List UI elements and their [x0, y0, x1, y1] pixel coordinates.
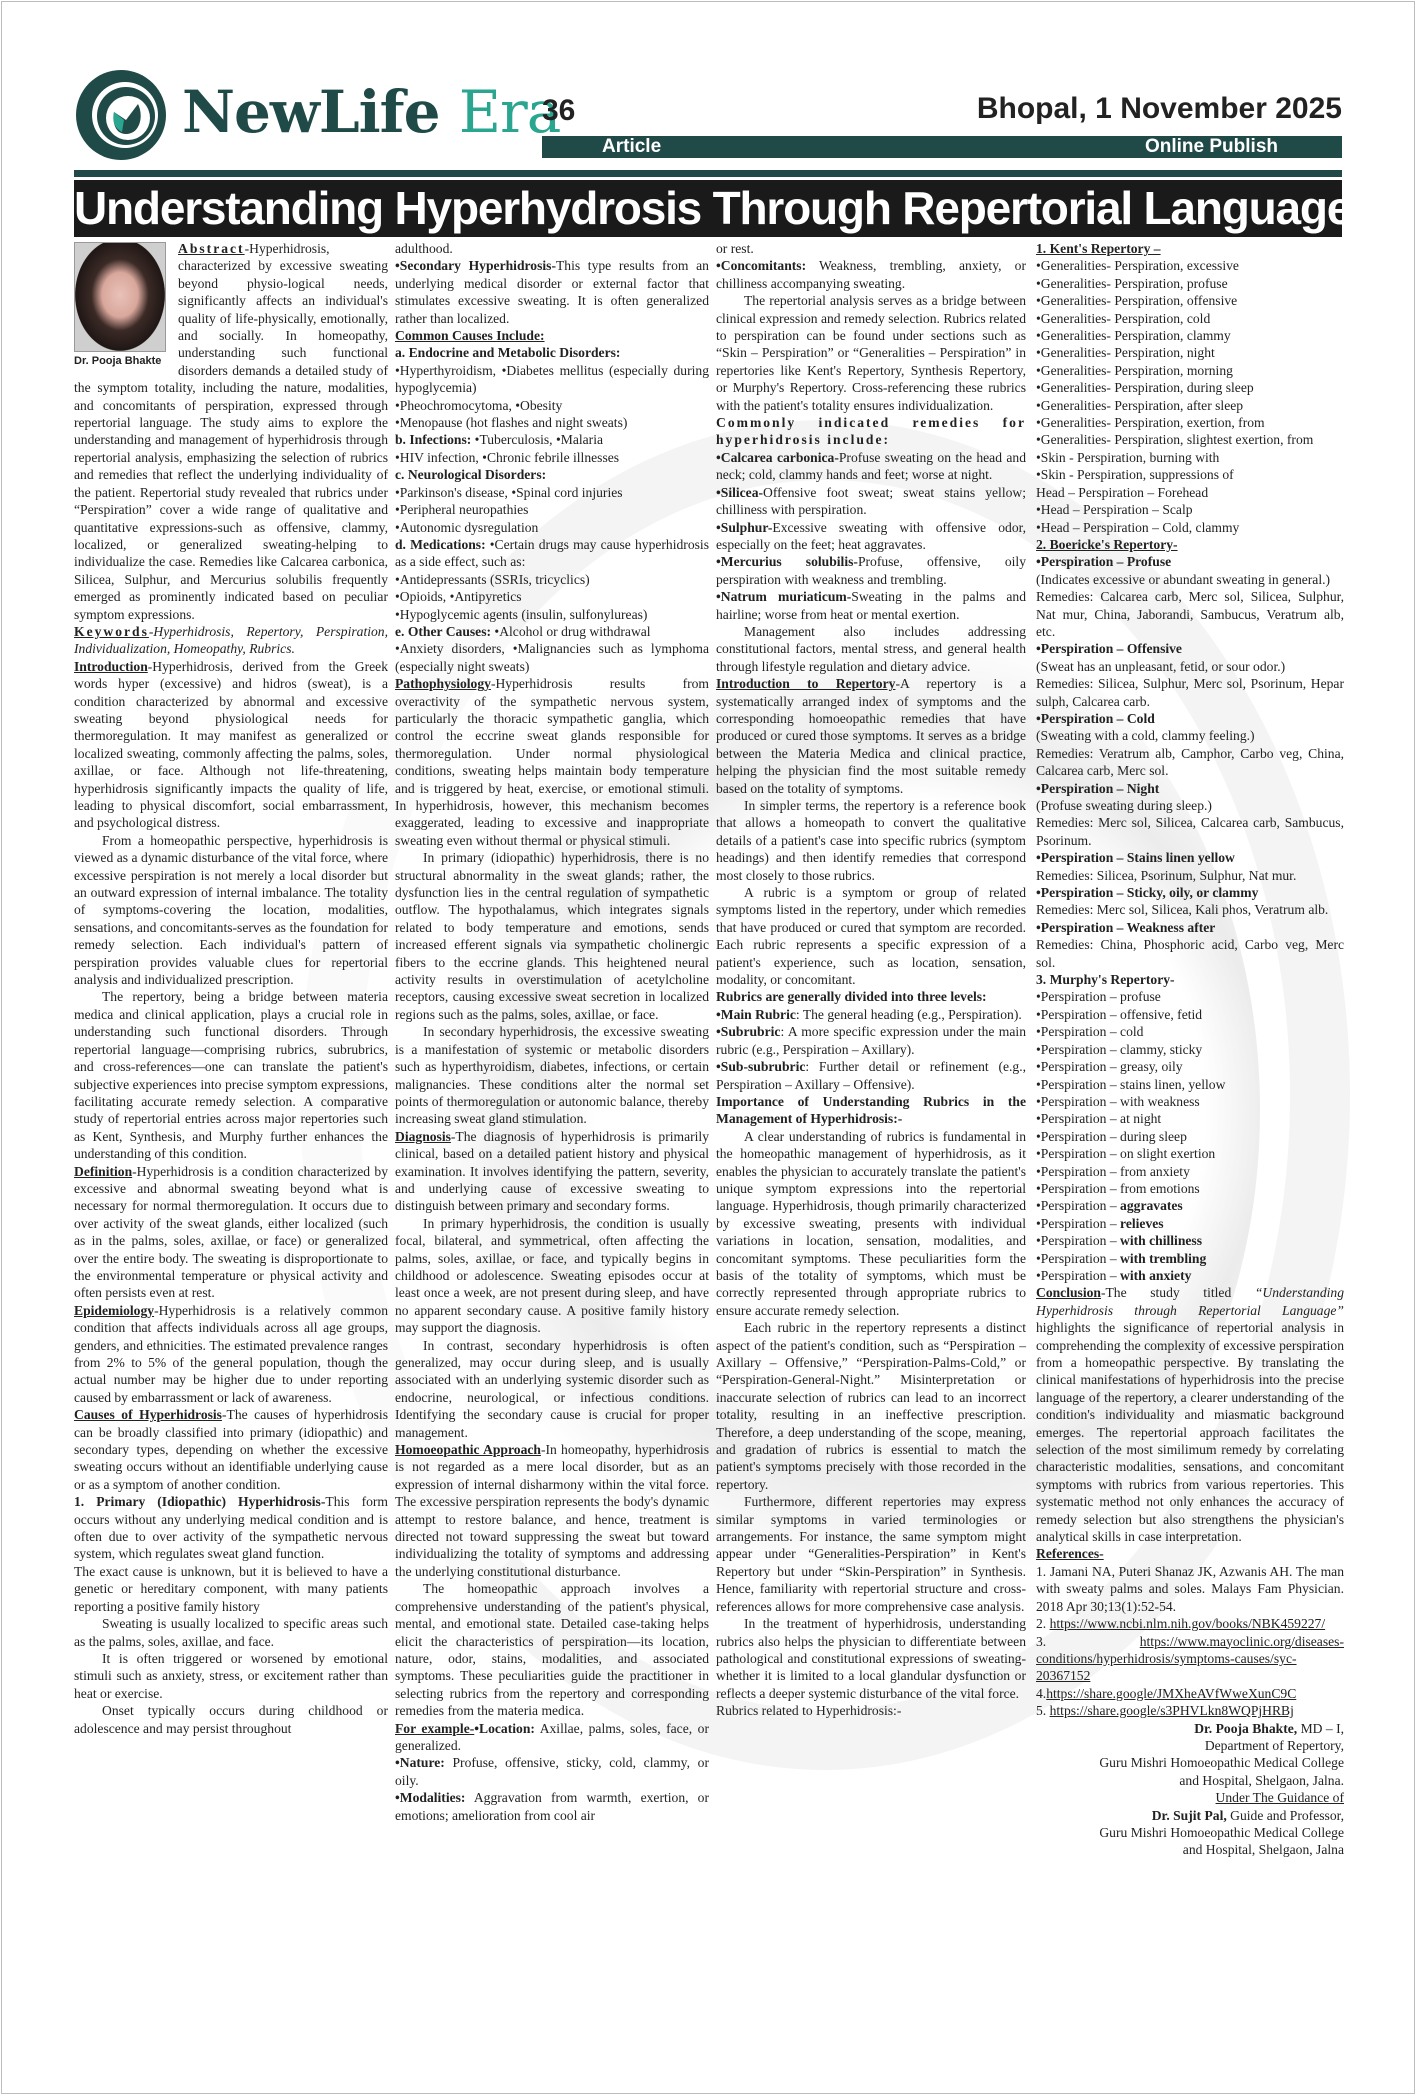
rubric-item: •Perspiration – from emotions — [1036, 1180, 1344, 1197]
concomitants-label: •Concomitants: — [716, 258, 806, 273]
remedy-name: •Silicea- — [716, 485, 763, 500]
rubric-item: •Perspiration – with trembling — [1036, 1250, 1344, 1267]
example-heading: For example- — [395, 1721, 474, 1736]
location-label: •Location: — [474, 1721, 535, 1736]
rubric-item: •Perspiration – during sleep — [1036, 1128, 1344, 1145]
guide-role: Guide and Professor, — [1227, 1808, 1344, 1823]
author-photo-caption: Dr. Pooja Bhakte — [74, 354, 168, 368]
body-paragraph: A clear understanding of rubrics is fund… — [716, 1128, 1026, 1319]
body-paragraph: Sweating is usually localized to specifi… — [74, 1615, 388, 1650]
body-paragraph: Management also includes addressing cons… — [716, 623, 1026, 675]
rubric-remedies: Remedies: Silicea, Psorinum, Sulphur, Na… — [1036, 867, 1344, 884]
remedy-item: •Calcarea carbonica-Profuse sweating on … — [716, 449, 1026, 484]
body-paragraph: The repertory, being a bridge between ma… — [74, 988, 388, 1162]
rubric-item: •Head – Perspiration – Cold, clammy — [1036, 519, 1344, 536]
rubric-prefix: •Perspiration – — [1036, 1059, 1120, 1074]
rubric-prefix: •Perspiration – — [1036, 1024, 1120, 1039]
level-item: •Main Rubric: The general heading (e.g.,… — [716, 1006, 1026, 1023]
secondary-paragraph: •Secondary Hyperhidrosis-This type resul… — [395, 257, 709, 327]
rubric-item: •Perspiration – greasy, oily — [1036, 1058, 1344, 1075]
guidance-label: Under The Guidance of — [1036, 1789, 1344, 1806]
rubric-item: Head – Perspiration – Forehead — [1036, 484, 1344, 501]
body-paragraph: or rest. — [716, 240, 1026, 257]
body-paragraph: adulthood. — [395, 240, 709, 257]
reference-item: 3. https://www.mayoclinic.org/diseases-c… — [1036, 1633, 1344, 1685]
brand-name-main: NewLife — [182, 78, 440, 146]
intro-repertory-text: -A repertory is a systematically arrange… — [716, 676, 1026, 795]
body-paragraph: From a homeopathic perspective, hyperhid… — [74, 832, 388, 989]
intro-repertory-paragraph: Introduction to Repertory-A repertory is… — [716, 675, 1026, 797]
conclusion-text: highlights the significance of repertori… — [1036, 1320, 1344, 1544]
body-paragraph: Each rubric in the repertory represents … — [716, 1319, 1026, 1493]
rubric-item: •Perspiration – stains linen, yellow — [1036, 1076, 1344, 1093]
rubric-item: •Generalities- Perspiration, during slee… — [1036, 379, 1344, 396]
author-degree: MD – I, — [1297, 1721, 1344, 1736]
rubric-item: •Generalities- Perspiration, morning — [1036, 362, 1344, 379]
section-label: Article — [602, 136, 661, 158]
intro-repertory-heading: Introduction to Repertory — [716, 676, 895, 691]
references-heading: References- — [1036, 1545, 1344, 1562]
body-paragraph: In simpler terms, the repertory is a ref… — [716, 797, 1026, 884]
list-item: •Alcohol or drug withdrawal — [491, 624, 651, 639]
rubric-remedies: Remedies: Merc sol, Silicea, Calcarea ca… — [1036, 814, 1344, 849]
reference-number: 5. — [1036, 1703, 1050, 1718]
causes-paragraph: Causes of Hyperhidrosis-The causes of hy… — [74, 1406, 388, 1493]
body-paragraph: In contrast, secondary hyperhidrosis is … — [395, 1337, 709, 1441]
rubric-remedies: Remedies: China, Phosphoric acid, Carbo … — [1036, 936, 1344, 971]
brand-name: NewLife Era — [182, 78, 560, 146]
list-item: •Pheochromocytoma, •Obesity — [395, 397, 709, 414]
rubric-prefix: •Perspiration – — [1036, 1216, 1120, 1231]
rubric-term: with trembling — [1120, 1251, 1206, 1266]
level-name: •Sub-subrubric — [716, 1059, 805, 1074]
author-institution: and Hospital, Shelgaon, Jalna. — [1036, 1772, 1344, 1789]
list-item: •HIV infection, •Chronic febrile illness… — [395, 449, 709, 466]
modalities-label: •Modalities: — [395, 1790, 465, 1805]
rubric-item: •Generalities- Perspiration, cold — [1036, 310, 1344, 327]
rubric-term: profuse — [1120, 989, 1161, 1004]
reference-number: 3. — [1036, 1634, 1140, 1649]
remedy-name: •Mercurius solubilis- — [716, 554, 858, 569]
reference-item: 5. https://share.google/s3PHVLkn8WQPjHRB… — [1036, 1702, 1344, 1719]
rubric-term: from anxiety — [1120, 1164, 1190, 1179]
page-number: 36 — [542, 94, 575, 128]
rubric-item: •Perspiration – cold — [1036, 1023, 1344, 1040]
primary-heading: 1. Primary (Idiopathic) Hyperhidrosis- — [74, 1494, 325, 1509]
definition-paragraph: Definition-Hyperhidrosis is a condition … — [74, 1163, 388, 1302]
modalities-line: •Modalities: Aggravation from warmth, ex… — [395, 1789, 709, 1824]
rubric-prefix: •Perspiration – — [1036, 1077, 1120, 1092]
pathophysiology-text: -Hyperhidrosis results from overactivity… — [395, 676, 709, 848]
medications-line: d. Medications: •Certain drugs may cause… — [395, 536, 709, 571]
newlife-logo-icon — [74, 68, 168, 162]
diagnosis-heading: Diagnosis — [395, 1129, 451, 1144]
rubric-item: •Perspiration – from anxiety — [1036, 1163, 1344, 1180]
remedy-name: •Natrum muriaticum- — [716, 589, 851, 604]
rubric-prefix: •Perspiration – — [1036, 1198, 1120, 1213]
body-paragraph: In secondary hyperhidrosis, the excessiv… — [395, 1023, 709, 1127]
rubric-item: •Perspiration – with weakness — [1036, 1093, 1344, 1110]
rubrics-related-label: Rubrics related to Hyperhidrosis:- — [716, 1702, 1026, 1719]
murphy-repertory-heading: 3. Murphy's Repertory- — [1036, 971, 1344, 988]
body-paragraph: In primary hyperhidrosis, the condition … — [395, 1215, 709, 1337]
references-list: 1. Jamani NA, Puteri Shanaz JK, Azwanis … — [1036, 1563, 1344, 1720]
rubric-remedies: Remedies: Veratrum alb, Camphor, Carbo v… — [1036, 745, 1344, 780]
rubric-item: •Generalities- Perspiration, clammy — [1036, 327, 1344, 344]
level-name: •Main Rubric — [716, 1007, 796, 1022]
rubric-prefix: •Perspiration – — [1036, 1251, 1120, 1266]
remedies-heading: Commonly indicated remedies for hyperhid… — [716, 414, 1026, 449]
reference-link[interactable]: https://www.ncbi.nlm.nih.gov/books/NBK45… — [1050, 1616, 1326, 1631]
rubric-remedies: Remedies: Silicea, Sulphur, Merc sol, Ps… — [1036, 675, 1344, 710]
guide-institution: Guru Mishri Homoeopathic Medical College — [1036, 1824, 1344, 1841]
causes-heading: Causes of Hyperhidrosis — [74, 1407, 222, 1422]
article-headline: Understanding Hyperhydrosis Through Repe… — [74, 180, 1342, 237]
column-4: 1. Kent's Repertory – •Generalities- Per… — [1036, 240, 1344, 1859]
conclusion-heading: Conclusion — [1036, 1285, 1101, 1300]
homoeopathic-approach-heading: Homoeopathic Approach — [395, 1442, 541, 1457]
body-paragraph: The exact cause is unknown, but it is be… — [74, 1563, 388, 1615]
list-item: •Parkinson's disease, •Spinal cord injur… — [395, 484, 709, 501]
rubric-term: with anxiety — [1120, 1268, 1191, 1283]
rubric-item: •Generalities- Perspiration, excessive — [1036, 257, 1344, 274]
rubric-item: •Perspiration – aggravates — [1036, 1197, 1344, 1214]
epidemiology-paragraph: Epidemiology-Hyperhidrosis is a relative… — [74, 1302, 388, 1406]
remedy-desc: Offensive foot sweat; sweat stains yello… — [716, 485, 1026, 517]
rubric-term: during sleep — [1120, 1129, 1187, 1144]
body-paragraph: In primary (idiopathic) hyperhidrosis, t… — [395, 849, 709, 1023]
list-item: •Peripheral neuropathies — [395, 501, 709, 518]
epidemiology-heading: Epidemiology — [74, 1303, 154, 1318]
definition-text: -Hyperhidrosis is a condition characteri… — [74, 1164, 388, 1301]
rubric-item: •Perspiration – with chilliness — [1036, 1232, 1344, 1249]
rubric-prefix: •Perspiration – — [1036, 1181, 1120, 1196]
rubric-item: •Head – Perspiration – Scalp — [1036, 501, 1344, 518]
nature-line: •Nature: Profuse, offensive, sticky, col… — [395, 1754, 709, 1789]
section-bar: Article Online Publish — [542, 136, 1342, 158]
rubric-prefix: •Perspiration – — [1036, 1111, 1120, 1126]
rubric-item: •Perspiration – offensive, fetid — [1036, 1006, 1344, 1023]
rubric-item: •Generalities- Perspiration, offensive — [1036, 292, 1344, 309]
rubric-term: on slight exertion — [1120, 1146, 1215, 1161]
reference-item: 4.https://share.google/JMXheAVfWweXunC9C — [1036, 1685, 1344, 1702]
conclusion-paragraph: Conclusion-The study titled “Understandi… — [1036, 1284, 1344, 1545]
publish-label: Online Publish — [1145, 136, 1278, 158]
rubric-item: •Skin - Perspiration, suppressions of — [1036, 466, 1344, 483]
introduction-paragraph: Introduction-Hyperhidrosis, derived from… — [74, 658, 388, 832]
list-item: •Menopause (hot flashes and night sweats… — [395, 414, 709, 431]
guide-line: Dr. Sujit Pal, Guide and Professor, — [1036, 1807, 1344, 1824]
rubric-term: from emotions — [1120, 1181, 1200, 1196]
remedy-name: •Sulphur- — [716, 520, 772, 535]
rubric-term: cold — [1120, 1024, 1143, 1039]
remedy-item: •Mercurius solubilis-Profuse, offensive,… — [716, 553, 1026, 588]
body-paragraph: The repertorial analysis serves as a bri… — [716, 292, 1026, 414]
list-item: •Autonomic dysregulation — [395, 519, 709, 536]
body-paragraph: In the treatment of hyperhidrosis, under… — [716, 1615, 1026, 1702]
body-paragraph: The homeopathic approach involves a comp… — [395, 1580, 709, 1719]
rubric-term: offensive, fetid — [1120, 1007, 1202, 1022]
rubric-title: •Perspiration – Weakness after — [1036, 919, 1344, 936]
rubric-item: •Generalities- Perspiration, exertion, f… — [1036, 414, 1344, 431]
list-item: •Antidepressants (SSRIs, tricyclics) — [395, 571, 709, 588]
rubric-item: •Perspiration – on slight exertion — [1036, 1145, 1344, 1162]
author-name: Dr. Pooja Bhakte, — [1194, 1721, 1297, 1736]
concomitants-line: •Concomitants: Weakness, trembling, anxi… — [716, 257, 1026, 292]
reference-item: 1. Jamani NA, Puteri Shanaz JK, Azwanis … — [1036, 1563, 1344, 1615]
guide-name: Dr. Sujit Pal, — [1152, 1808, 1227, 1823]
medications-heading: d. Medications: — [395, 537, 486, 552]
author-signoff: Dr. Pooja Bhakte, MD – I, Department of … — [1036, 1720, 1344, 1859]
definition-heading: Definition — [74, 1164, 132, 1179]
list-item: •Anxiety disorders, •Malignancies such a… — [395, 640, 709, 675]
keywords-heading: Keywords — [74, 624, 149, 639]
rubric-item: •Generalities- Perspiration, slightest e… — [1036, 431, 1344, 448]
neuro-heading: c. Neurological Disorders: — [395, 466, 709, 483]
infections-heading: b. Infections: — [395, 432, 471, 447]
remedy-item: •Sulphur-Excessive sweating with offensi… — [716, 519, 1026, 554]
nature-label: •Nature: — [395, 1755, 445, 1770]
secondary-heading: •Secondary Hyperhidrosis- — [395, 258, 556, 273]
reference-text: Jamani NA, Puteri Shanaz JK, Azwanis AH.… — [1036, 1564, 1344, 1614]
reference-number: 2. — [1036, 1616, 1050, 1631]
reference-number: 1. — [1036, 1564, 1050, 1579]
remedy-item: •Silicea-Offensive foot sweat; sweat sta… — [716, 484, 1026, 519]
column-1: Dr. Pooja Bhakte Abstract-Hyperhidrosis,… — [74, 240, 388, 1737]
dateline: Bhopal, 1 November 2025 — [977, 92, 1342, 126]
rubric-term: with chilliness — [1120, 1233, 1202, 1248]
reference-link[interactable]: https://share.google/JMXheAVfWweXunC9C — [1046, 1686, 1296, 1701]
importance-heading: Importance of Understanding Rubrics in t… — [716, 1093, 1026, 1128]
remedy-name: •Calcarea carbonica- — [716, 450, 839, 465]
reference-link[interactable]: https://share.google/s3PHVLkn8WQPjHRBj — [1050, 1703, 1294, 1718]
guide-institution: and Hospital, Shelgaon, Jalna — [1036, 1841, 1344, 1858]
rubric-prefix: •Perspiration – — [1036, 1268, 1120, 1283]
rubric-title: •Perspiration – Offensive — [1036, 640, 1344, 657]
primary-paragraph: 1. Primary (Idiopathic) Hyperhidrosis-Th… — [74, 1493, 388, 1563]
kent-rubric-list: •Generalities- Perspiration, excessive •… — [1036, 257, 1344, 536]
pathophysiology-heading: Pathophysiology — [395, 676, 491, 691]
body-paragraph: Onset typically occurs during childhood … — [74, 1702, 388, 1737]
list-item: •Hypoglycemic agents (insulin, sulfonylu… — [395, 606, 709, 623]
author-institution: Guru Mishri Homoeopathic Medical College — [1036, 1754, 1344, 1771]
levels-heading: Rubrics are generally divided into three… — [716, 988, 1026, 1005]
rubric-item: •Generalities- Perspiration, night — [1036, 344, 1344, 361]
rubric-note: (Indicates excessive or abundant sweatin… — [1036, 571, 1344, 588]
rubric-title: •Perspiration – Night — [1036, 780, 1344, 797]
murphy-rubric-list: •Perspiration – profuse •Perspiration – … — [1036, 988, 1344, 1284]
reference-item: 2. https://www.ncbi.nlm.nih.gov/books/NB… — [1036, 1615, 1344, 1632]
conclusion-intro: -The study titled — [1101, 1285, 1255, 1300]
rubric-term: relieves — [1120, 1216, 1164, 1231]
infections-line: b. Infections: •Tuberculosis, •Malaria — [395, 431, 709, 448]
level-name: •Subrubric — [716, 1024, 780, 1039]
common-causes-heading: Common Causes Include: — [395, 327, 709, 344]
masthead-rule — [74, 170, 1342, 177]
rubric-note: (Sweating with a cold, clammy feeling.) — [1036, 727, 1344, 744]
rubric-term: at night — [1120, 1111, 1161, 1126]
list-item: •Hyperthyroidism, •Diabetes mellitus (es… — [395, 362, 709, 397]
level-item: •Sub-subrubric: Further detail or refine… — [716, 1058, 1026, 1093]
body-paragraph: It is often triggered or worsened by emo… — [74, 1650, 388, 1702]
homoeopathic-approach-paragraph: Homoeopathic Approach-In homeopathy, hyp… — [395, 1441, 709, 1580]
keywords-paragraph: Keywords-Hyperhidrosis, Repertory, Persp… — [74, 623, 388, 658]
rubric-prefix: •Perspiration – — [1036, 1164, 1120, 1179]
author-line: Dr. Pooja Bhakte, MD – I, — [1036, 1720, 1344, 1737]
pathophysiology-paragraph: Pathophysiology-Hyperhidrosis results fr… — [395, 675, 709, 849]
other-causes-heading: e. Other Causes: — [395, 624, 491, 639]
column-2: adulthood. •Secondary Hyperhidrosis-This… — [395, 240, 709, 1824]
author-department: Department of Repertory, — [1036, 1737, 1344, 1754]
rubric-item: •Generalities- Perspiration, after sleep — [1036, 397, 1344, 414]
rubric-remedies: Remedies: Merc sol, Silicea, Kali phos, … — [1036, 901, 1344, 918]
rubric-prefix: •Perspiration – — [1036, 1007, 1120, 1022]
rubric-term: stains linen, yellow — [1120, 1077, 1225, 1092]
other-causes-line: e. Other Causes: •Alcohol or drug withdr… — [395, 623, 709, 640]
level-desc: : The general heading (e.g., Perspiratio… — [796, 1007, 1022, 1022]
rubric-title: •Perspiration – Sticky, oily, or clammy — [1036, 884, 1344, 901]
introduction-heading: Introduction — [74, 659, 148, 674]
rubric-item: •Perspiration – with anxiety — [1036, 1267, 1344, 1284]
rubric-item: •Perspiration – at night — [1036, 1110, 1344, 1127]
rubric-term: clammy, sticky — [1120, 1042, 1202, 1057]
author-photo: Dr. Pooja Bhakte — [74, 242, 168, 360]
rubric-remedies: Remedies: Calcarea carb, Merc sol, Silic… — [1036, 588, 1344, 640]
reference-number: 4. — [1036, 1686, 1046, 1701]
rubric-note: (Profuse sweating during sleep.) — [1036, 797, 1344, 814]
list-item: •Tuberculosis, •Malaria — [471, 432, 603, 447]
rubric-term: greasy, oily — [1120, 1059, 1183, 1074]
rubric-prefix: •Perspiration – — [1036, 1042, 1120, 1057]
rubric-title: •Perspiration – Cold — [1036, 710, 1344, 727]
body-paragraph: Furthermore, different repertories may e… — [716, 1493, 1026, 1615]
epidemiology-text: -Hyperhidrosis is a relatively common co… — [74, 1303, 388, 1405]
rubric-item: •Generalities- Perspiration, profuse — [1036, 275, 1344, 292]
rubric-prefix: •Perspiration – — [1036, 1233, 1120, 1248]
boericke-rubric-list: •Perspiration – Profuse (Indicates exces… — [1036, 553, 1344, 971]
diagnosis-paragraph: Diagnosis-The diagnosis of hyperhidrosis… — [395, 1128, 709, 1215]
list-item: •Opioids, •Antipyretics — [395, 588, 709, 605]
rubric-title: •Perspiration – Profuse — [1036, 553, 1344, 570]
homoeopathic-approach-text: -In homeopathy, hyperhidrosis is not reg… — [395, 1442, 709, 1579]
level-item: •Subrubric: A more specific expression u… — [716, 1023, 1026, 1058]
rubric-prefix: •Perspiration – — [1036, 1129, 1120, 1144]
boericke-repertory-heading: 2. Boericke's Repertory- — [1036, 536, 1344, 553]
rubric-item: •Perspiration – clammy, sticky — [1036, 1041, 1344, 1058]
rubric-item: •Perspiration – profuse — [1036, 988, 1344, 1005]
introduction-text: -Hyperhidrosis, derived from the Greek w… — [74, 659, 388, 831]
abstract-heading: Abstract — [178, 241, 245, 256]
column-3: or rest. •Concomitants: Weakness, trembl… — [716, 240, 1026, 1720]
endocrine-heading: a. Endocrine and Metabolic Disorders: — [395, 344, 709, 361]
rubric-prefix: •Perspiration – — [1036, 989, 1120, 1004]
rubric-item: •Perspiration – relieves — [1036, 1215, 1344, 1232]
remedy-item: •Natrum muriaticum-Sweating in the palms… — [716, 588, 1026, 623]
rubric-item: •Skin - Perspiration, burning with — [1036, 449, 1344, 466]
example-location-line: For example-•Location: Axillae, palms, s… — [395, 1720, 709, 1755]
rubric-prefix: •Perspiration – — [1036, 1094, 1120, 1109]
rubric-title: •Perspiration – Stains linen yellow — [1036, 849, 1344, 866]
rubric-prefix: •Perspiration – — [1036, 1146, 1120, 1161]
rubric-term: aggravates — [1120, 1198, 1183, 1213]
rubric-note: (Sweat has an unpleasant, fetid, or sour… — [1036, 658, 1344, 675]
body-paragraph: A rubric is a symptom or group of relate… — [716, 884, 1026, 988]
author-portrait-image — [74, 242, 166, 352]
kent-repertory-heading: 1. Kent's Repertory – — [1036, 240, 1344, 257]
masthead: NewLife Era 36 Bhopal, 1 November 2025 A… — [74, 68, 1342, 168]
rubric-term: with weakness — [1120, 1094, 1200, 1109]
